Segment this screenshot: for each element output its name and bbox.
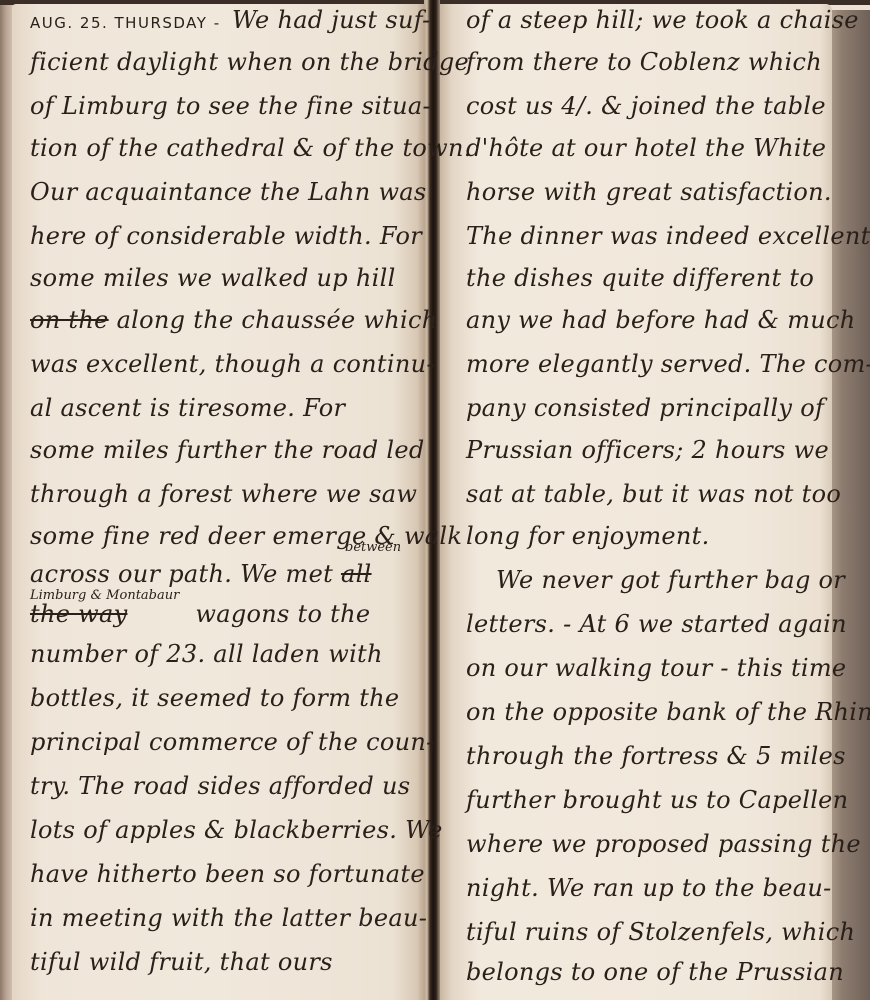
left-line-15-text: wagons to the xyxy=(195,600,370,628)
left-line-2: ficient daylight when on the bridge xyxy=(30,48,469,76)
left-line-6: here of considerable width. For xyxy=(30,222,422,250)
left-line-14: across our path. We met all xyxy=(30,560,372,588)
left-line-11: some miles further the road led xyxy=(30,436,425,464)
right-line-9: more elegantly served. The com- xyxy=(466,350,870,378)
left-line-21: have hitherto been so fortunate xyxy=(30,860,425,888)
left-line-14-text: across our path. We met xyxy=(30,560,333,588)
right-line-18: through the fortress & 5 miles xyxy=(466,742,846,770)
left-line-10: al ascent is tiresome. For xyxy=(30,394,345,422)
left-line-3: of Limburg to see the fine situa- xyxy=(30,92,431,120)
right-line-19: further brought us to Capellen xyxy=(466,786,848,814)
insert-between: between xyxy=(345,540,401,555)
right-line-21: night. We ran up to the beau- xyxy=(466,874,832,902)
right-line-3: cost us 4/. & joined the table xyxy=(466,92,826,120)
right-line-20: where we proposed passing the xyxy=(466,830,861,858)
struck-word: on the xyxy=(30,306,109,334)
right-line-23: belongs to one of the Prussian xyxy=(466,958,844,986)
right-line-5: horse with great satisfaction. xyxy=(466,178,832,206)
left-line-15: the way wagons to the xyxy=(30,600,370,628)
right-line-2: from there to Coblenz which xyxy=(466,48,822,76)
left-line-19: try. The road sides afforded us xyxy=(30,772,410,800)
right-line-17: on the opposite bank of the Rhine xyxy=(466,698,870,726)
right-line-16: on our walking tour - this time xyxy=(466,654,846,682)
struck-word: all xyxy=(341,560,372,588)
right-line-6: The dinner was indeed excellent, xyxy=(466,222,870,250)
right-line-22: tiful ruins of Stolzenfels, which xyxy=(466,918,855,946)
right-line-11: Prussian officers; 2 hours we xyxy=(466,436,829,464)
right-line-7: the dishes quite different to xyxy=(466,264,814,292)
right-line-14: We never got further bag or xyxy=(496,566,845,594)
right-line-8: any we had before had & much xyxy=(466,306,856,334)
left-line-23: tiful wild fruit, that ours xyxy=(30,948,333,976)
left-line-4: tion of the cathedral & of the town. xyxy=(30,134,472,162)
right-line-1: of a steep hill; we took a chaise xyxy=(466,6,859,34)
left-line-7: some miles we walked up hill xyxy=(30,264,396,292)
left-line-8-text: along the chaussée which xyxy=(117,306,438,334)
left-line-20: lots of apples & blackberries. We xyxy=(30,816,443,844)
left-line-16: number of 23. all laden with xyxy=(30,640,383,668)
right-line-13: long for enjoyment. xyxy=(466,522,710,550)
left-line-17: bottles, it seemed to form the xyxy=(30,684,399,712)
diary-spread: AUG. 25. THURSDAY - We had just suf- fic… xyxy=(0,0,870,1000)
left-line-22: in meeting with the latter beau- xyxy=(30,904,427,932)
struck-word: the way xyxy=(30,600,127,628)
left-line-12: through a forest where we saw xyxy=(30,480,417,508)
right-line-12: sat at table, but it was not too xyxy=(466,480,841,508)
left-line-9: was excellent, though a continu- xyxy=(30,350,435,378)
left-line-5: Our acquaintance the Lahn was xyxy=(30,178,427,206)
left-line-1: We had just suf- xyxy=(232,6,431,34)
right-line-4: d'hôte at our hotel the White xyxy=(466,134,826,162)
left-line-18: principal commerce of the coun- xyxy=(30,728,435,756)
left-line-8: on the along the chaussée which xyxy=(30,306,438,334)
right-line-10: pany consisted principally of xyxy=(466,394,824,422)
entry-date-heading: AUG. 25. THURSDAY - xyxy=(30,14,221,32)
right-line-15: letters. - At 6 we started again xyxy=(466,610,847,638)
